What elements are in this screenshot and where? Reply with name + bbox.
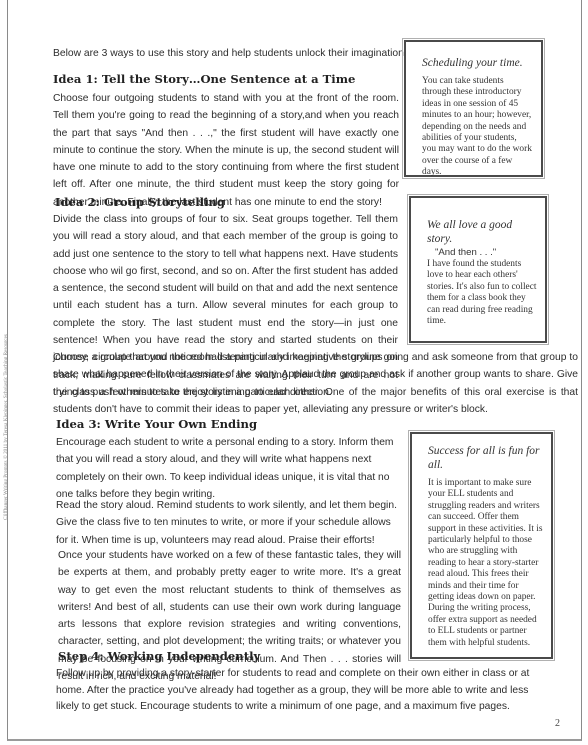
intro-text: Below are 3 ways to use this story and h… xyxy=(53,45,403,62)
sidebox-scheduling: Scheduling your time. You can take stude… xyxy=(404,40,543,177)
sidebox-title: Success for all is fun for all. xyxy=(428,444,545,472)
idea2-heading: Idea 2: Group Storytelling xyxy=(55,195,225,209)
idea1-body: Choose four outgoing students to stand w… xyxy=(53,90,399,211)
idea3-paragraph-2: Read the story aloud. Remind students to… xyxy=(56,497,404,549)
idea3-heading: Idea 3: Write Your Own Ending xyxy=(56,417,257,431)
idea3-paragraph-3: Once your students have worked on a few … xyxy=(58,547,401,685)
step4-body: Follow up by providing a story-starter f… xyxy=(56,666,546,716)
idea3-paragraph-1: Encourage each student to write a person… xyxy=(56,434,399,503)
sidebox-body: You can take students through these intr… xyxy=(422,76,532,179)
sidebox-good-story: We all love a good story. "And then . . … xyxy=(409,196,547,343)
sidebox-quote: "And then . . ." xyxy=(435,247,537,259)
page-number: 2 xyxy=(555,718,560,729)
sidebox-body: I have found the students love to hear e… xyxy=(427,259,537,327)
idea2-followup: Choose a group that you noticed had a pa… xyxy=(53,349,578,418)
sidebox-body: It is important to make sure your ELL st… xyxy=(428,478,545,649)
step4-heading: Step 4: Working Independently xyxy=(58,649,260,663)
sidebox-title: Scheduling your time. xyxy=(422,56,532,70)
sidebox-success: Success for all is fun for all. It is im… xyxy=(410,432,553,659)
sidebox-title: We all love a good story. xyxy=(427,218,537,246)
idea1-heading: Idea 1: Tell the Story…One Sentence at a… xyxy=(53,72,355,86)
copyright-credit: Cliffhanger Writing Prompts © 2011 by Te… xyxy=(3,240,9,520)
